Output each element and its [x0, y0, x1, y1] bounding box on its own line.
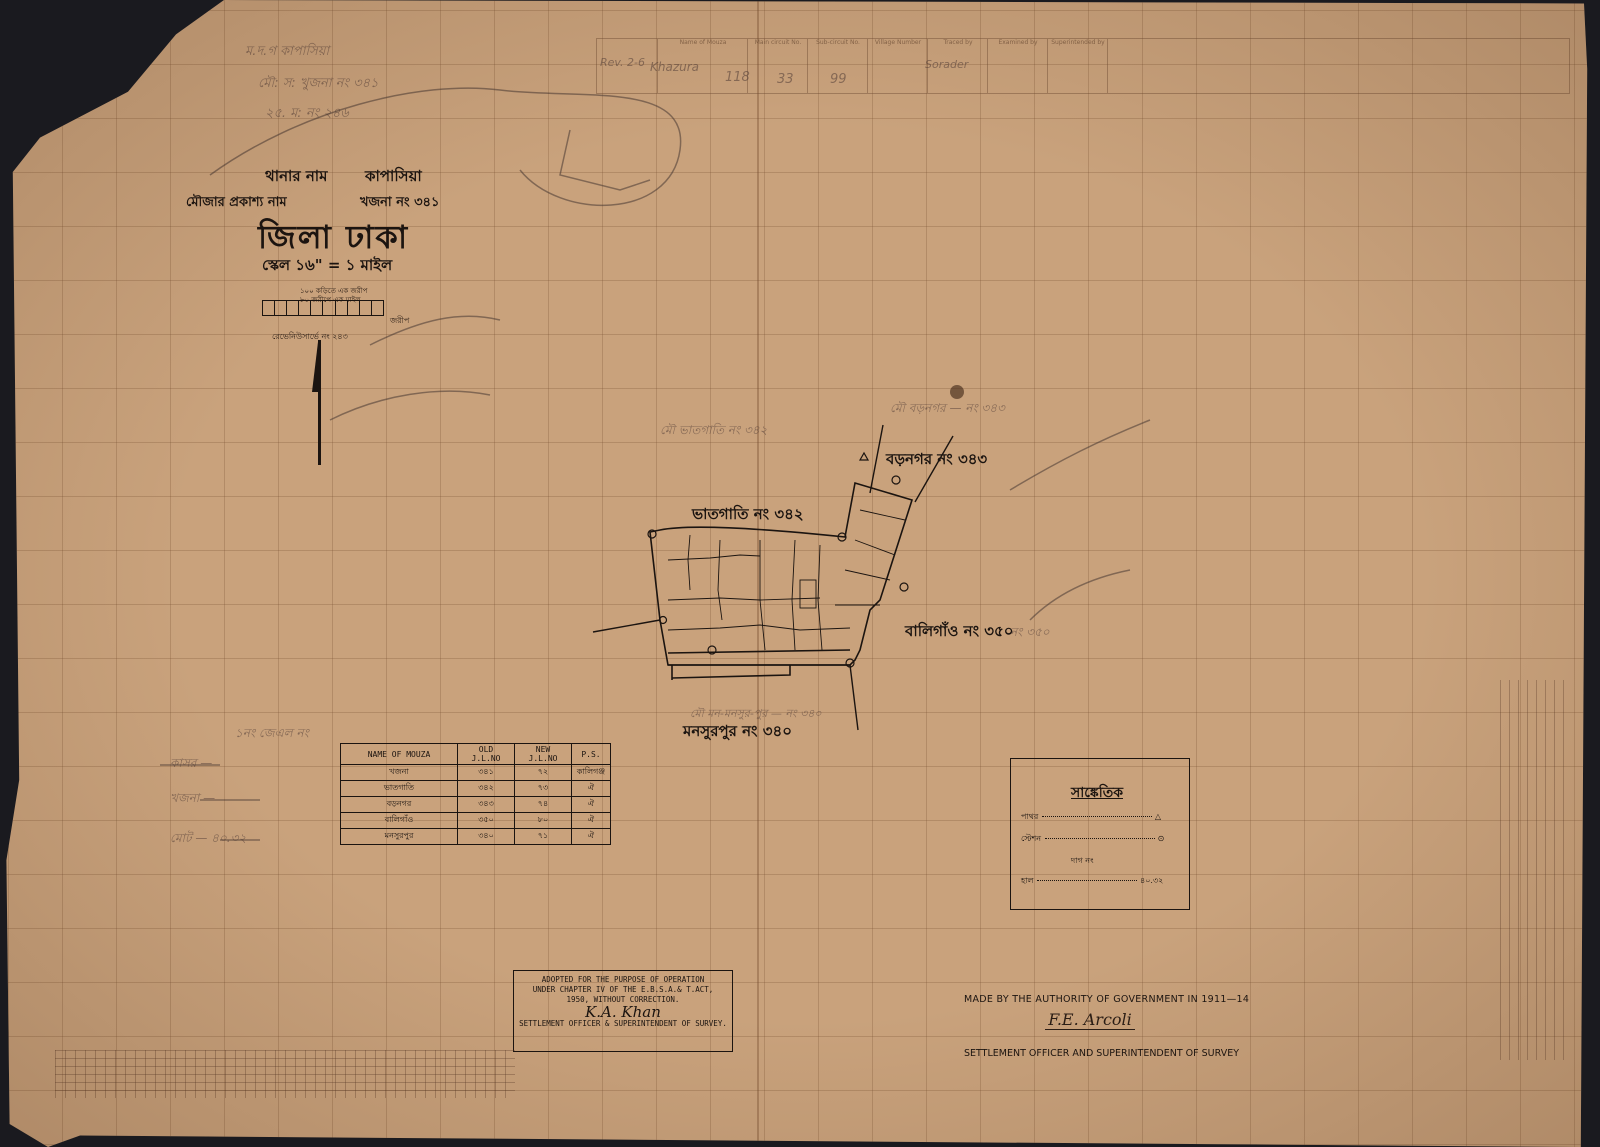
cell: কালিগঞ্জ [572, 765, 611, 781]
cell: ৭১ [515, 829, 572, 845]
circle-dot-icon: ⊙ [1158, 834, 1165, 843]
cell: ৮০ [515, 813, 572, 829]
note-line: খজনা — [170, 790, 215, 810]
col-header: P.S. [572, 744, 611, 765]
table-row: ভাতগাতি ৩৪২ ৭৩ ঐ [341, 781, 611, 797]
col-header: NAME OF MOUZA [341, 744, 458, 765]
table-row: বড়নগর ৩৪৩ ৭৪ ঐ [341, 797, 611, 813]
pencil-note: মৌ বড়নগর — নং ৩৪৩ [890, 400, 1005, 420]
legend-row-stone: পাথর △ [1021, 811, 1181, 824]
cell: ঐ [572, 813, 611, 829]
legend-box: সাঙ্কেতিক পাথর △ স্টেশন ⊙ দাগ নং হাল ৪০.… [1010, 758, 1190, 910]
cell: ৭৪ [515, 797, 572, 813]
cell: বড়নগর [341, 797, 458, 813]
triangle-icon: △ [1155, 812, 1161, 821]
neighbor-mouza-label: ভাতগাতি নং ৩৪২ [692, 503, 804, 528]
neighbor-mouza-label: বালিগাঁও নং ৩৫০ [905, 620, 1013, 645]
cell: ৩৪১ [458, 765, 515, 781]
margin-grid [55, 1050, 515, 1098]
cell: মনসুরপুর [341, 829, 458, 845]
authority-text: MADE BY THE AUTHORITY OF GOVERNMENT IN 1… [964, 994, 1249, 1005]
note-line: ১নং জেএল নং [235, 725, 309, 745]
cell: ৭২ [515, 765, 572, 781]
cell: ৩৪৩ [458, 797, 515, 813]
col-header: NEW J.L.NO [515, 744, 572, 765]
stamp-signature: K.A. Khan [514, 1007, 732, 1017]
cell: ঐ [572, 797, 611, 813]
margin-grid [1500, 680, 1570, 1060]
legend-row-hal: হাল ৪০.৩২ [1021, 875, 1181, 888]
stamp-title: SETTLEMENT OFFICER & SUPERINTENDENT OF S… [514, 1019, 732, 1029]
table-row: খজনা ৩৪১ ৭২ কালিগঞ্জ [341, 765, 611, 781]
table-row: মনসুরপুর ৩৪০ ৭১ ঐ [341, 829, 611, 845]
legend-title: সাঙ্কেতিক [1071, 781, 1123, 805]
cell: ঐ [572, 781, 611, 797]
mouza-table: NAME OF MOUZA OLD J.L.NO NEW J.L.NO P.S.… [340, 743, 611, 845]
note-line: মোট — ৪০.৩২ [170, 830, 246, 850]
neighbor-mouza-label: বড়নগর নং ৩৪৩ [886, 448, 987, 473]
legend-row-plot-number: দাগ নং [1071, 855, 1231, 868]
adoption-stamp: ADOPTED FOR THE PURPOSE OF OPERATION UND… [513, 970, 733, 1052]
note-line: কাসর — [170, 755, 212, 775]
cell: ৭৩ [515, 781, 572, 797]
cell: ৩৫০ [458, 813, 515, 829]
cell: খজনা [341, 765, 458, 781]
pencil-note: নং ৩৫০ [1010, 624, 1050, 644]
cell: ভাতগাতি [341, 781, 458, 797]
col-header: OLD J.L.NO [458, 744, 515, 765]
pencil-note: মৌ ভাতগাতি নং ৩৪২ [660, 422, 767, 442]
table-row: বালিগাঁও ৩৫০ ৮০ ঐ [341, 813, 611, 829]
table-header-row: NAME OF MOUZA OLD J.L.NO NEW J.L.NO P.S. [341, 744, 611, 765]
legend-row-station: স্টেশন ⊙ [1021, 833, 1181, 846]
stamp-line: UNDER CHAPTER IV OF THE E.B.S.A.& T.ACT, [514, 985, 732, 995]
cell: ৩৪২ [458, 781, 515, 797]
map-sheet: Name of Mouza Main circuit No. Sub-circu… [0, 0, 1600, 1147]
authority-title: SETTLEMENT OFFICER AND SUPERINTENDENT OF… [964, 1048, 1239, 1059]
cell: ঐ [572, 829, 611, 845]
pencil-note: মৌ মন-মনসুর-পুর — নং ৩৪০ [690, 705, 822, 724]
authority-signature: F.E. Arcoli [1045, 1010, 1135, 1030]
stamp-line: ADOPTED FOR THE PURPOSE OF OPERATION [514, 975, 732, 985]
cell: বালিগাঁও [341, 813, 458, 829]
cell: ৩৪০ [458, 829, 515, 845]
village-plot-map [0, 0, 1600, 1147]
